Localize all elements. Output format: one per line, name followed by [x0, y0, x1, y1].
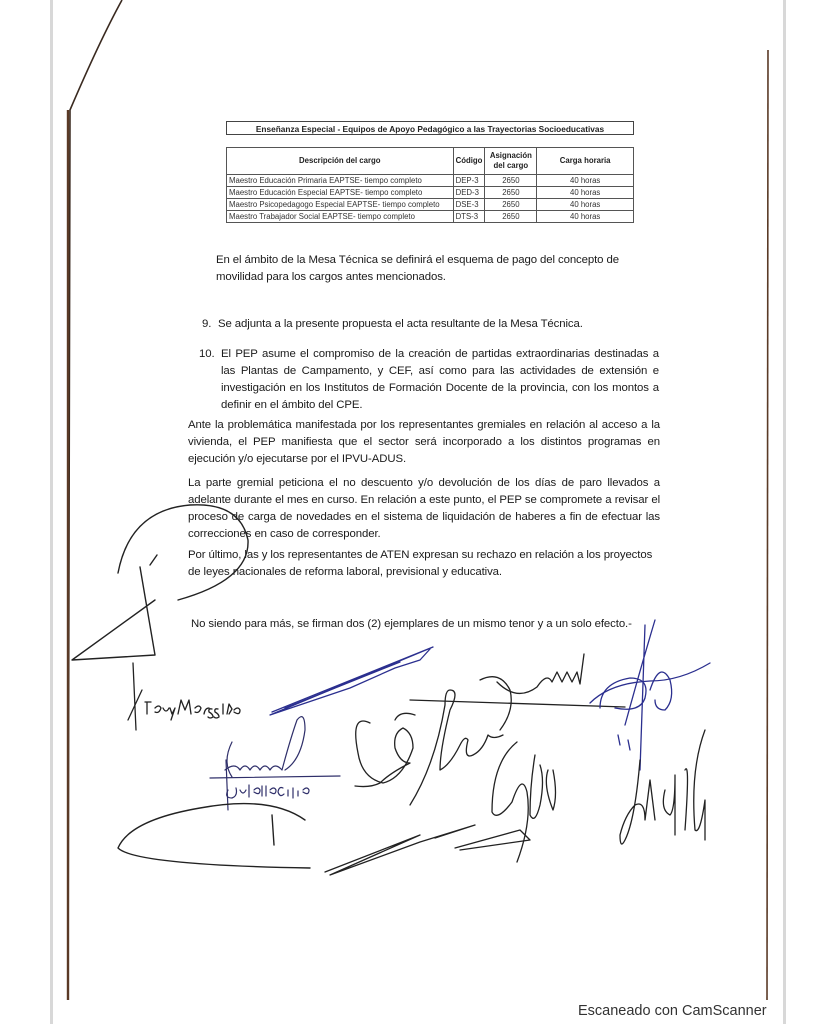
- signature-loops-center: [355, 713, 415, 786]
- signature-jadl: [620, 730, 705, 844]
- signature-blue-right: [590, 620, 710, 770]
- signature-blue-slash: [270, 647, 433, 715]
- signature-stella: [410, 677, 511, 805]
- signature-galetto-cecilia: [210, 717, 340, 810]
- signature-fany-marsiko: [128, 663, 240, 730]
- signature-loop: [72, 505, 248, 660]
- signature-bottom-curve: [118, 804, 310, 868]
- camscanner-watermark: Escaneado con CamScanner: [578, 1003, 767, 1019]
- signatures: [0, 0, 835, 1024]
- signature-horizontal: [410, 654, 625, 707]
- signature-bottom-slashes: [325, 825, 475, 875]
- signature-jose: [455, 742, 556, 862]
